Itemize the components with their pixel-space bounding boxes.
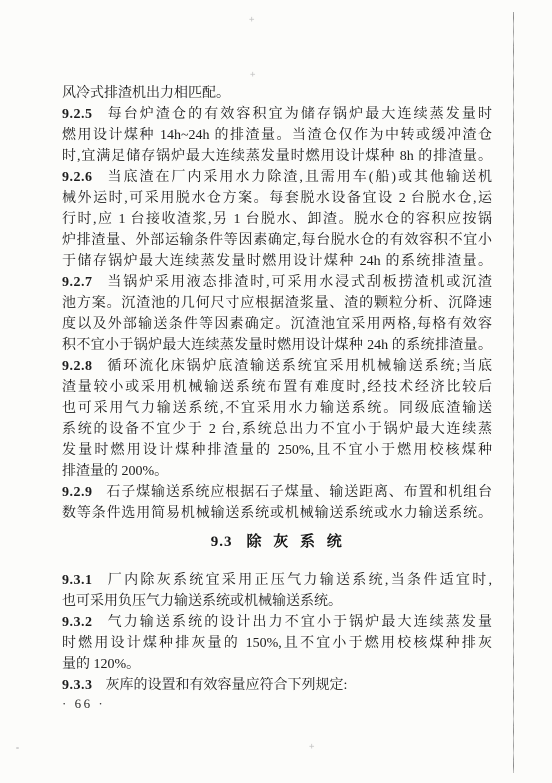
text-line: 9.3.1厂内除灰系统宜采用正压气力输送系统,当条件适宜时, [62,570,492,591]
text-line: 系统的设备不宜少于 2 台,系统总出力不宜小于锅炉最大连续蒸 [62,419,492,440]
text-line: 行时,应 1 台接收渣浆,另 1 台脱水、卸渣。脱水仓的容积应按锅 [62,209,492,230]
scan-speck [16,747,19,749]
registration-mark: + [249,16,254,25]
text-line: 9.2.6当底渣在厂内采用水力除渣,且需用车(船)或其他输送机 [62,167,492,188]
text-line: 9.3.2气力输送系统的设计出力不宜小于锅炉最大连续蒸发量 [62,612,492,633]
text-line: 量的 120%。 [62,654,492,675]
scanned-document-page: 风冷式排渣机出力相匹配。 9.2.5每台炉渣仓的有效容积宜为储存锅炉最大连续蒸发… [0,0,552,783]
clause-paragraph: 9.2.5每台炉渣仓的有效容积宜为储存锅炉最大连续蒸发量时 燃用设计煤种 14h… [62,104,492,167]
text-line: 排渣量的 200%。 [62,461,492,482]
text-line: 9.2.9石子煤输送系统应根据石子煤量、输送距离、布置和机组台 [62,482,492,503]
text-line: 9.2.7当锅炉采用液态排渣时,可采用水浸式刮板捞渣机或沉渣 [62,272,492,293]
page-number: · 66 · [62,696,105,712]
clause-text: 当锅炉采用液态排渣时,可采用水浸式刮板捞渣机或沉渣 [106,275,493,290]
section-heading: 9.3除 灰 系 统 [62,532,492,553]
text-line: 也可采用气力输送系统,不宜采用水力输送系统。同级底渣输送 [62,398,492,419]
clause-paragraph: 9.2.9石子煤输送系统应根据石子煤量、输送距离、布置和机组台 数等条件选用简易… [62,482,492,524]
text-line: 时,宜满足储存锅炉最大连续蒸发量时燃用设计煤种 8h 的排渣量。 [62,146,492,167]
clause-text: 石子煤输送系统应根据石子煤量、输送距离、布置和机组台 [106,485,493,500]
section-number: 9.3 [211,534,233,550]
text-line: 9.3.3灰库的设置和有效容量应符合下列规定: [62,675,492,696]
text-line: 渣量较小或采用机械输送系统布置有难度时,经技术经济比较后 [62,377,492,398]
clause-paragraph: 9.3.2气力输送系统的设计出力不宜小于锅炉最大连续蒸发量 时燃用设计煤种排灰量… [62,612,492,675]
text-line: 发量时燃用设计煤种排渣量的 250%,且不宜小于燃用校核煤种 [62,440,492,461]
clause-paragraph: 9.3.3灰库的设置和有效容量应符合下列规定: [62,675,492,696]
clause-paragraph: 9.2.6当底渣在厂内采用水力除渣,且需用车(船)或其他输送机 械外运时,可采用… [62,167,492,272]
clause-text: 厂内除灰系统宜采用正压气力输送系统,当条件适宜时, [106,573,493,588]
registration-mark: + [309,743,314,752]
clause-number: 9.2.5 [62,107,93,122]
scan-artifact-line [513,12,514,773]
clause-text: 当底渣在厂内采用水力除渣,且需用车(船)或其他输送机 [106,170,493,185]
clause-text: 每台炉渣仓的有效容积宜为储存锅炉最大连续蒸发量时 [106,107,493,122]
clause-number: 9.2.6 [62,170,93,185]
clause-number: 9.2.8 [62,359,93,374]
clause-number: 9.3.2 [62,615,93,630]
text-line: 也可采用负压气力输送系统或机械输送系统。 [62,591,492,612]
text-line: 于储存锅炉最大连续蒸发量时燃用设计煤种 24h 的系统排渣量。 [62,251,492,272]
clause-text: 灰库的设置和有效容量应符合下列规定: [106,678,348,693]
clause-text: 气力输送系统的设计出力不宜小于锅炉最大连续蒸发量 [106,615,493,630]
section-title: 除 灰 系 统 [246,534,343,550]
text-line: 度以及外部输送条件等因素确定。沉渣池宜采用两格,每格有效容 [62,314,492,335]
clause-paragraph: 9.2.7当锅炉采用液态排渣时,可采用水浸式刮板捞渣机或沉渣 池方案。沉渣池的几… [62,272,492,356]
body-text-block: 风冷式排渣机出力相匹配。 9.2.5每台炉渣仓的有效容积宜为储存锅炉最大连续蒸发… [62,83,492,696]
text-line: 炉排渣量、外部运输条件等因素确定,每台脱水仓的有效容积不宜小 [62,230,492,251]
text-line: 时燃用设计煤种排灰量的 150%,且不宜小于燃用校核煤种排灰 [62,633,492,654]
clause-paragraph: 9.2.8循环流化床锅炉底渣输送系统宜采用机械输送系统;当底 渣量较小或采用机械… [62,356,492,482]
text-line: 积不宜小于锅炉最大连续蒸发量时燃用设计煤种 24h 的系统排渣量。 [62,335,492,356]
clause-number: 9.2.9 [62,485,93,500]
clause-number: 9.3.1 [62,573,93,588]
clause-number: 9.3.3 [62,678,93,693]
text-line: 械外运时,可采用脱水仓方案。每套脱水设备宜设 2 台脱水仓,运 [62,188,492,209]
text-line: 9.2.5每台炉渣仓的有效容积宜为储存锅炉最大连续蒸发量时 [62,104,492,125]
text-line: 风冷式排渣机出力相匹配。 [62,83,492,104]
text-line: 燃用设计煤种 14h~24h 的排渣量。当渣仓仅作为中转或缓冲渣仓 [62,125,492,146]
clause-text: 循环流化床锅炉底渣输送系统宜采用机械输送系统;当底 [106,359,493,374]
text-line: 9.2.8循环流化床锅炉底渣输送系统宜采用机械输送系统;当底 [62,356,492,377]
registration-mark: + [250,71,255,80]
clause-paragraph: 9.3.1厂内除灰系统宜采用正压气力输送系统,当条件适宜时, 也可采用负压气力输… [62,570,492,612]
clause-number: 9.2.7 [62,275,93,290]
text-line: 数等条件选用简易机械输送系统或机械输送系统或水力输送系统。 [62,503,492,524]
text-line: 池方案。沉渣池的几何尺寸应根据渣浆量、渣的颗粒分析、沉降速 [62,293,492,314]
